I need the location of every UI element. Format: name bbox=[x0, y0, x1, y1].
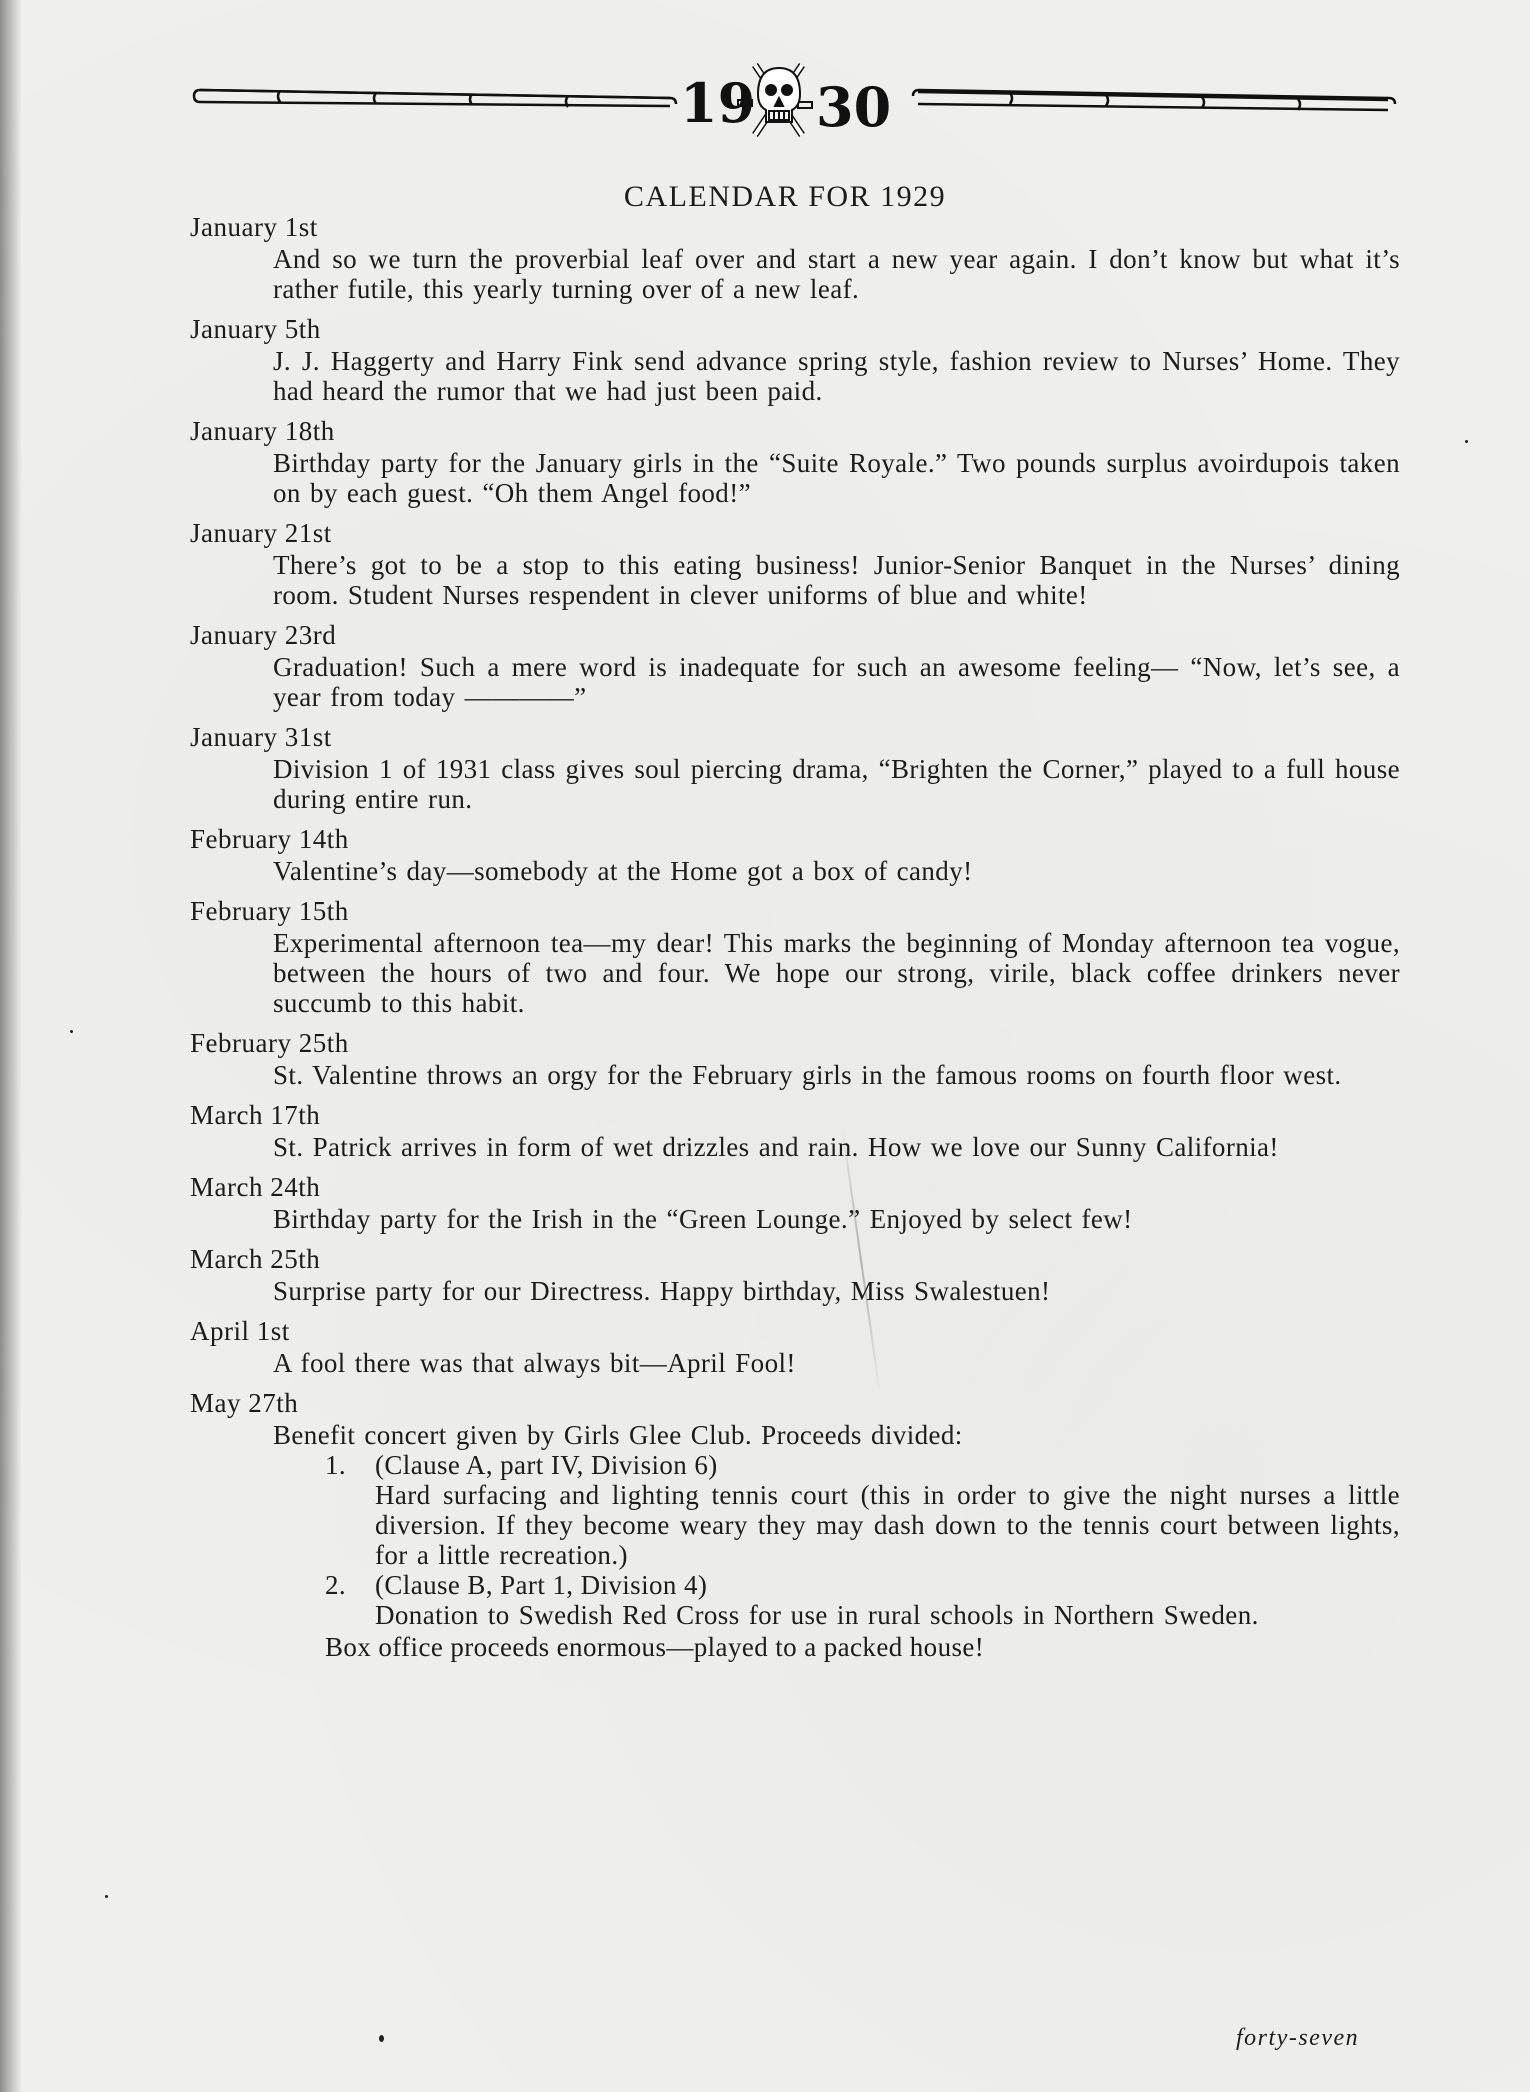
proceeds-list-item: 1.(Clause A, part IV, Division 6)Hard su… bbox=[325, 1450, 1400, 1570]
calendar-entry: January 31stDivision 1 of 1931 class giv… bbox=[190, 720, 1400, 814]
calendar-entry: January 23rdGraduation! Such a mere word… bbox=[190, 618, 1400, 712]
entry-text: St. Patrick arrives in form of wet drizz… bbox=[273, 1132, 1400, 1162]
entry-text: St. Valentine throws an orgy for the Feb… bbox=[273, 1060, 1400, 1090]
calendar-entry: February 14thValentine’s day—somebody at… bbox=[190, 822, 1400, 886]
ink-speck bbox=[1465, 440, 1468, 443]
entry-date: January 18th bbox=[190, 414, 1400, 448]
entry-date: May 27th bbox=[190, 1386, 1400, 1420]
entry-text: There’s got to be a stop to this eating … bbox=[273, 550, 1400, 610]
entry-text: Birthday party for the Irish in the “Gre… bbox=[273, 1204, 1400, 1234]
clause-text: (Clause B, Part 1, Division 4) bbox=[375, 1570, 707, 1600]
calendar-entry: March 25thSurprise party for our Directr… bbox=[190, 1242, 1400, 1306]
header-rule-ornament: 19 30 bbox=[190, 60, 1400, 150]
entry-date: January 31st bbox=[190, 720, 1400, 754]
calendar-entry-may-27: May 27thBenefit concert given by Girls G… bbox=[190, 1386, 1400, 1664]
skull-and-crossbones-icon bbox=[755, 65, 802, 135]
calendar-entry: January 1stAnd so we turn the proverbial… bbox=[190, 210, 1400, 304]
calendar-entry: April 1stA fool there was that always bi… bbox=[190, 1314, 1400, 1378]
entry-date: February 14th bbox=[190, 822, 1400, 856]
entry-text: Graduation! Such a mere word is inadequa… bbox=[273, 652, 1400, 712]
entry-text: Surprise party for our Directress. Happy… bbox=[273, 1276, 1400, 1306]
entry-date: March 17th bbox=[190, 1098, 1400, 1132]
clause-text: (Clause A, part IV, Division 6) bbox=[375, 1450, 718, 1480]
page-title: CALENDAR FOR 1929 bbox=[0, 180, 1530, 214]
entry-text: Experimental afternoon tea—my dear! This… bbox=[273, 928, 1400, 1018]
calendar-entry: March 24thBirthday party for the Irish i… bbox=[190, 1170, 1400, 1234]
calendar-entry: February 25thSt. Valentine throws an org… bbox=[190, 1026, 1400, 1090]
entry-date: January 5th bbox=[190, 312, 1400, 346]
entry-text: Benefit concert given by Girls Glee Club… bbox=[273, 1420, 1400, 1450]
svg-text:19: 19 bbox=[680, 71, 755, 135]
clause-description: Donation to Swedish Red Cross for use in… bbox=[375, 1600, 1400, 1630]
item-number: 1. bbox=[325, 1450, 375, 1480]
entry-text: Valentine’s day—somebody at the Home got… bbox=[273, 856, 1400, 886]
entry-text: Division 1 of 1931 class gives soul pier… bbox=[273, 754, 1400, 814]
calendar-entry: January 21stThere’s got to be a stop to … bbox=[190, 516, 1400, 610]
book-gutter-shadow bbox=[0, 0, 22, 2092]
calendar-entries: January 1stAnd so we turn the proverbial… bbox=[190, 210, 1400, 1664]
closing-line: Box office proceeds enormous—played to a… bbox=[325, 1630, 1400, 1664]
proceeds-list-item: 2.(Clause B, Part 1, Division 4)Donation… bbox=[325, 1570, 1400, 1630]
entry-date: January 23rd bbox=[190, 618, 1400, 652]
ink-speck bbox=[70, 1030, 73, 1033]
calendar-entry: March 17thSt. Patrick arrives in form of… bbox=[190, 1098, 1400, 1162]
entry-date: February 25th bbox=[190, 1026, 1400, 1060]
entry-date: February 15th bbox=[190, 894, 1400, 928]
ink-speck bbox=[379, 2035, 384, 2042]
entry-date: January 1st bbox=[190, 210, 1400, 244]
entry-text: J. J. Haggerty and Harry Fink send advan… bbox=[273, 346, 1400, 406]
item-number: 2. bbox=[325, 1570, 375, 1600]
yearbook-header-ornament: 19 30 bbox=[190, 60, 1400, 150]
entry-text: And so we turn the proverbial leaf over … bbox=[273, 244, 1400, 304]
entry-text: Birthday party for the January girls in … bbox=[273, 448, 1400, 508]
ink-speck bbox=[105, 1895, 108, 1898]
entry-text: A fool there was that always bit—April F… bbox=[273, 1348, 1400, 1378]
calendar-entry: January 18thBirthday party for the Janua… bbox=[190, 414, 1400, 508]
clause-heading: 2.(Clause B, Part 1, Division 4) bbox=[325, 1570, 1400, 1600]
entry-date: January 21st bbox=[190, 516, 1400, 550]
clause-heading: 1.(Clause A, part IV, Division 6) bbox=[325, 1450, 1400, 1480]
proceeds-list: 1.(Clause A, part IV, Division 6)Hard su… bbox=[325, 1450, 1400, 1630]
entry-date: April 1st bbox=[190, 1314, 1400, 1348]
entry-date: March 24th bbox=[190, 1170, 1400, 1204]
page-number: forty-seven bbox=[1236, 2025, 1359, 2052]
calendar-entry: February 15thExperimental afternoon tea—… bbox=[190, 894, 1400, 1018]
svg-text:30: 30 bbox=[816, 75, 891, 139]
clause-description: Hard surfacing and lighting tennis court… bbox=[375, 1480, 1400, 1570]
entry-date: March 25th bbox=[190, 1242, 1400, 1276]
calendar-entry: January 5thJ. J. Haggerty and Harry Fink… bbox=[190, 312, 1400, 406]
